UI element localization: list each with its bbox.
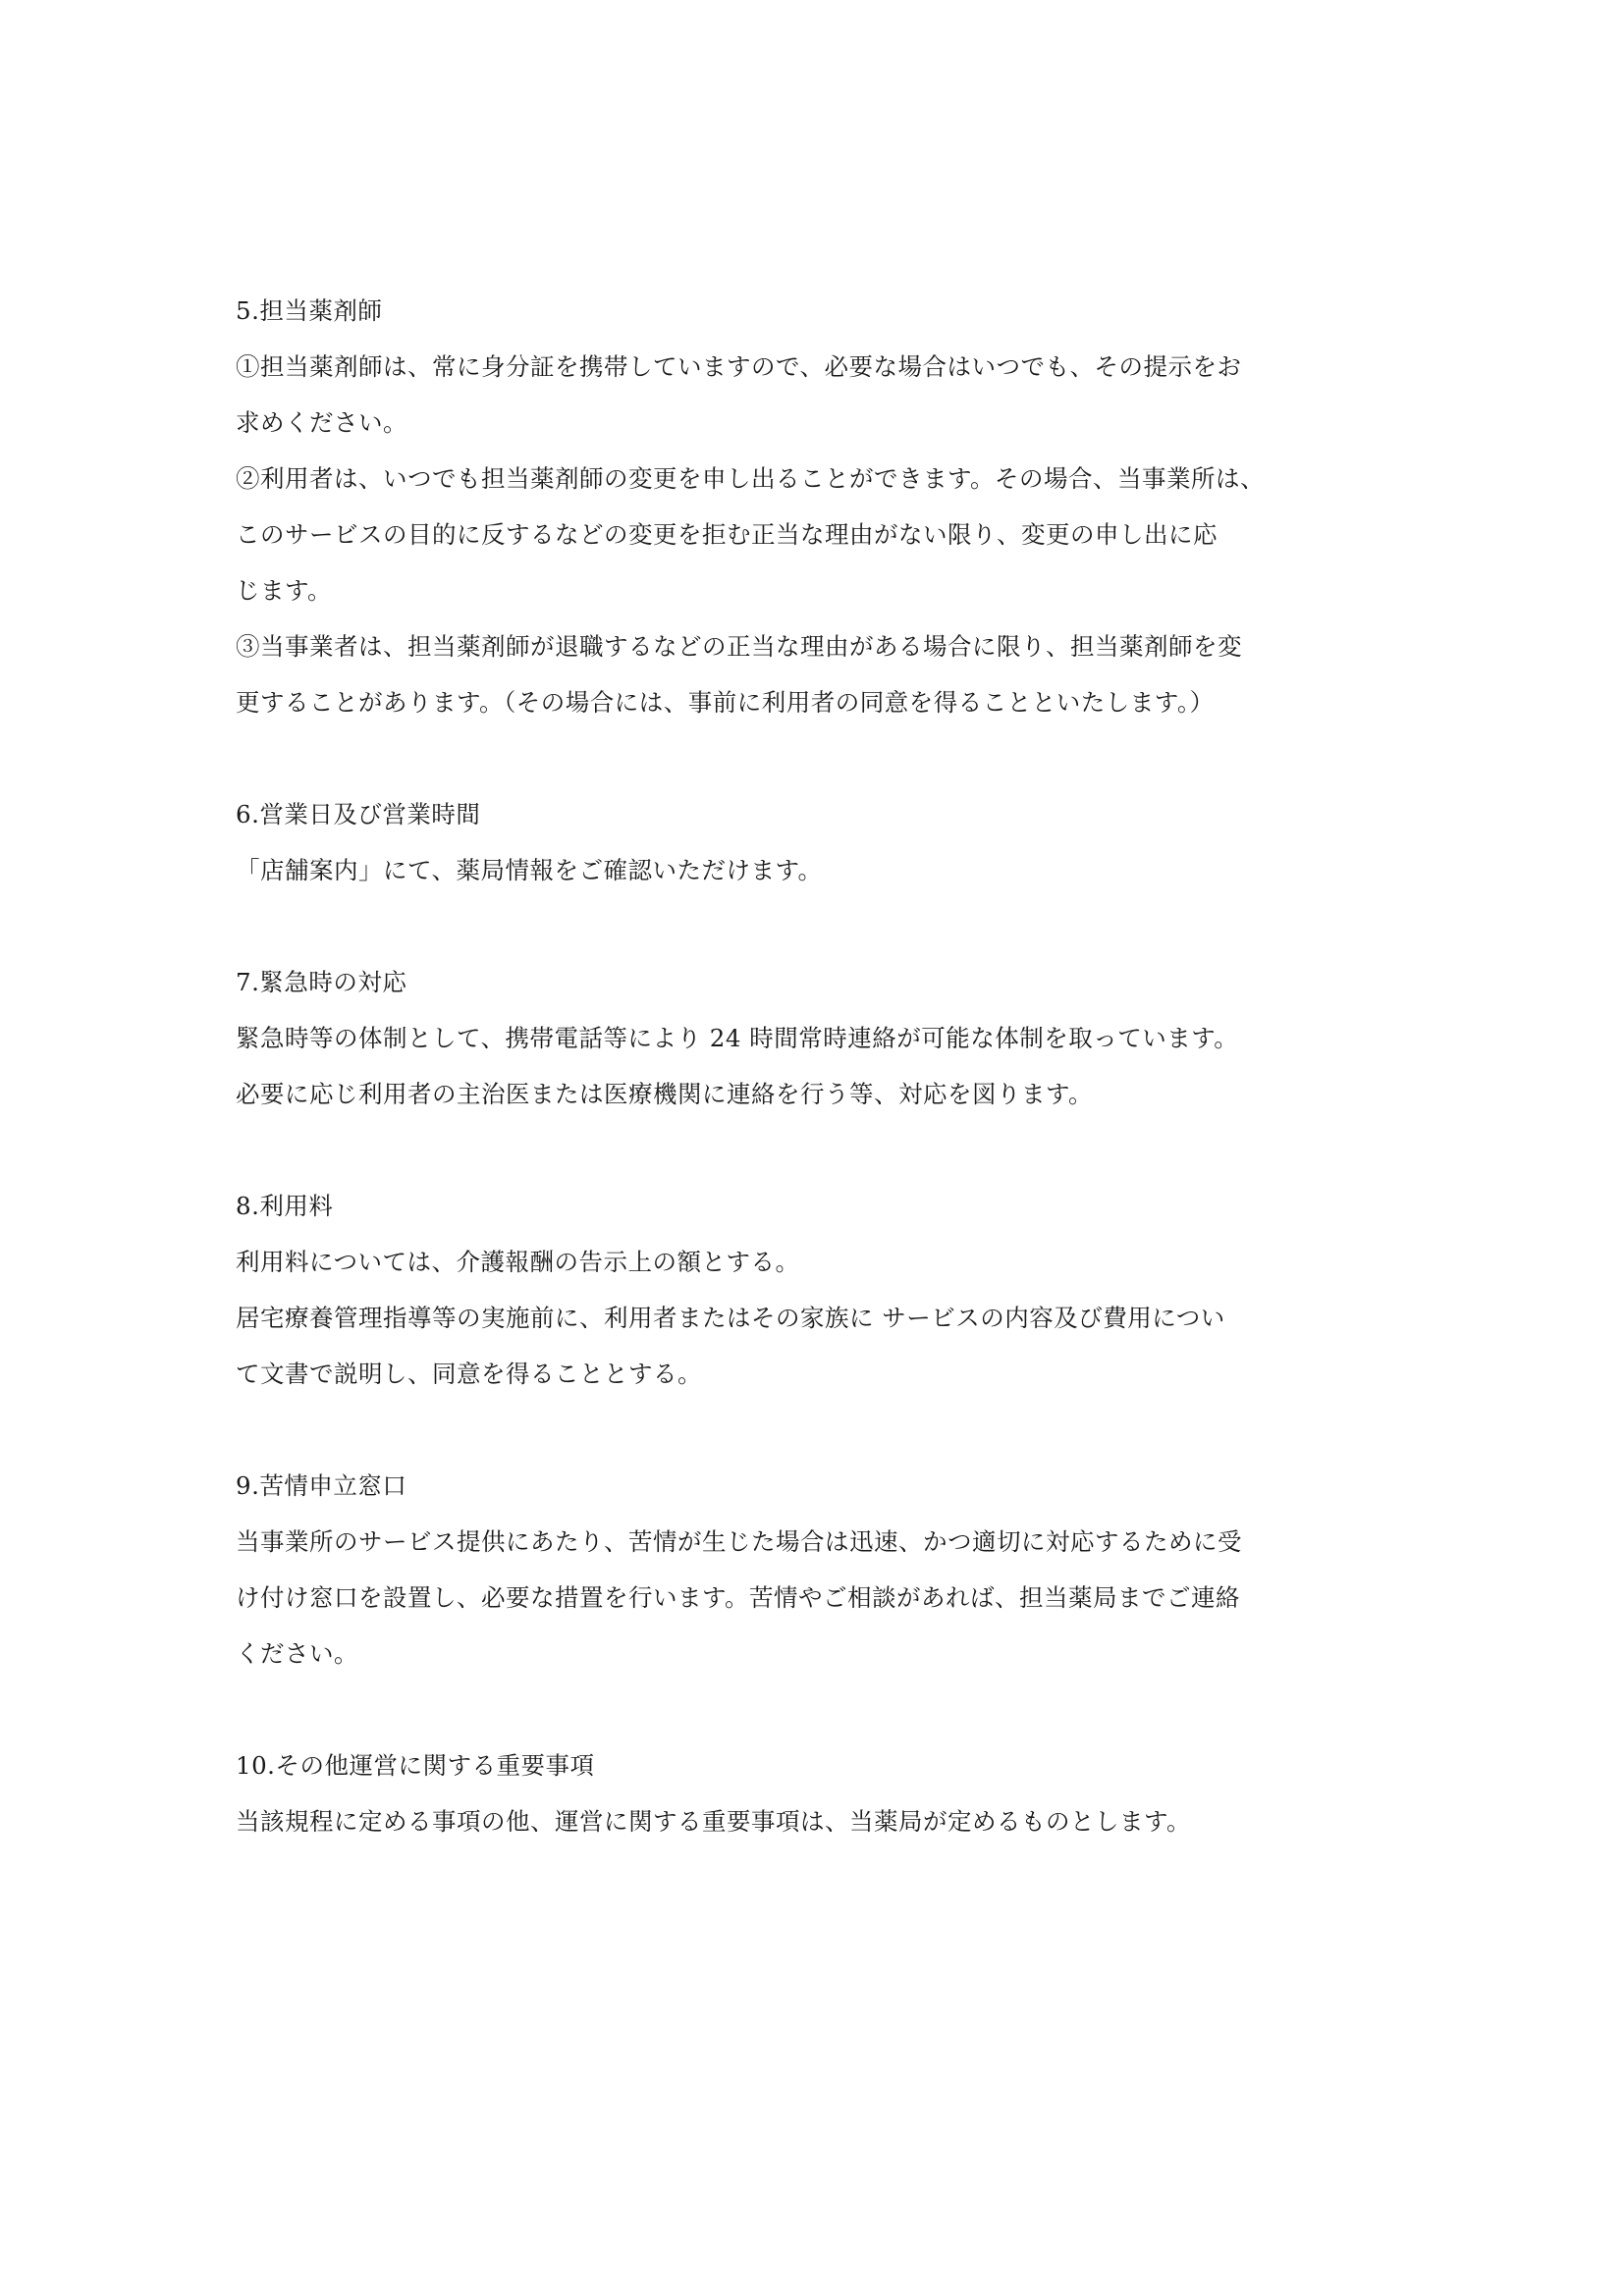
paragraph-line: 利用料については、介護報酬の告示上の額とする。	[236, 1234, 1394, 1290]
paragraph-line: 更することがあります。（その場合には、事前に利用者の同意を得ることといたします。…	[236, 674, 1394, 730]
paragraph-line: て文書で説明し、同意を得ることとする。	[236, 1346, 1394, 1402]
document-page: 5.担当薬剤師 ①担当薬剤師は、常に身分証を携帯していますので、必要な場合はいつ…	[236, 283, 1394, 1905]
paragraph-line: 必要に応じ利用者の主治医または医療機関に連絡を行う等、対応を図ります。	[236, 1066, 1394, 1122]
paragraph-line: このサービスの目的に反するなどの変更を拒む正当な理由がない限り、変更の申し出に応	[236, 507, 1394, 562]
section-heading: 8.利用料	[236, 1178, 1394, 1234]
paragraph-line: 当該規程に定める事項の他、運営に関する重要事項は、当薬局が定めるものとします。	[236, 1793, 1394, 1849]
paragraph-line: 「店舗案内」にて、薬局情報をご確認いただけます。	[236, 842, 1394, 898]
section-heading: 6.営業日及び営業時間	[236, 786, 1394, 842]
paragraph-line: 居宅療養管理指導等の実施前に、利用者またはその家族に サービスの内容及び費用につ…	[236, 1290, 1394, 1346]
section-heading: 9.苦情申立窓口	[236, 1458, 1394, 1514]
paragraph-line: け付け窓口を設置し、必要な措置を行います。苦情やご相談があれば、担当薬局までご連…	[236, 1570, 1394, 1626]
paragraph-line: 緊急時等の体制として、携帯電話等により 24 時間常時連絡が可能な体制を取ってい…	[236, 1010, 1394, 1066]
paragraph-line: ください。	[236, 1626, 1394, 1682]
section-business-hours: 6.営業日及び営業時間 「店舗案内」にて、薬局情報をご確認いただけます。	[236, 786, 1394, 898]
paragraph-line: 当事業所のサービス提供にあたり、苦情が生じた場合は迅速、かつ適切に対応するために…	[236, 1514, 1394, 1570]
paragraph-line: ③当事業者は、担当薬剤師が退職するなどの正当な理由がある場合に限り、担当薬剤師を…	[236, 618, 1394, 674]
section-fees: 8.利用料 利用料については、介護報酬の告示上の額とする。 居宅療養管理指導等の…	[236, 1178, 1394, 1402]
paragraph-line: ②利用者は、いつでも担当薬剤師の変更を申し出ることができます。その場合、当事業所…	[236, 451, 1394, 507]
paragraph-line: ①担当薬剤師は、常に身分証を携帯していますので、必要な場合はいつでも、その提示を…	[236, 339, 1394, 395]
paragraph-line: 求めください。	[236, 395, 1394, 451]
section-other-matters: 10.その他運営に関する重要事項 当該規程に定める事項の他、運営に関する重要事項…	[236, 1737, 1394, 1849]
section-complaints: 9.苦情申立窓口 当事業所のサービス提供にあたり、苦情が生じた場合は迅速、かつ適…	[236, 1458, 1394, 1682]
section-emergency: 7.緊急時の対応 緊急時等の体制として、携帯電話等により 24 時間常時連絡が可…	[236, 954, 1394, 1122]
section-heading: 5.担当薬剤師	[236, 283, 1394, 339]
section-heading: 10.その他運営に関する重要事項	[236, 1737, 1394, 1793]
section-pharmacist: 5.担当薬剤師 ①担当薬剤師は、常に身分証を携帯していますので、必要な場合はいつ…	[236, 283, 1394, 730]
section-heading: 7.緊急時の対応	[236, 954, 1394, 1010]
paragraph-line: じます。	[236, 562, 1394, 618]
